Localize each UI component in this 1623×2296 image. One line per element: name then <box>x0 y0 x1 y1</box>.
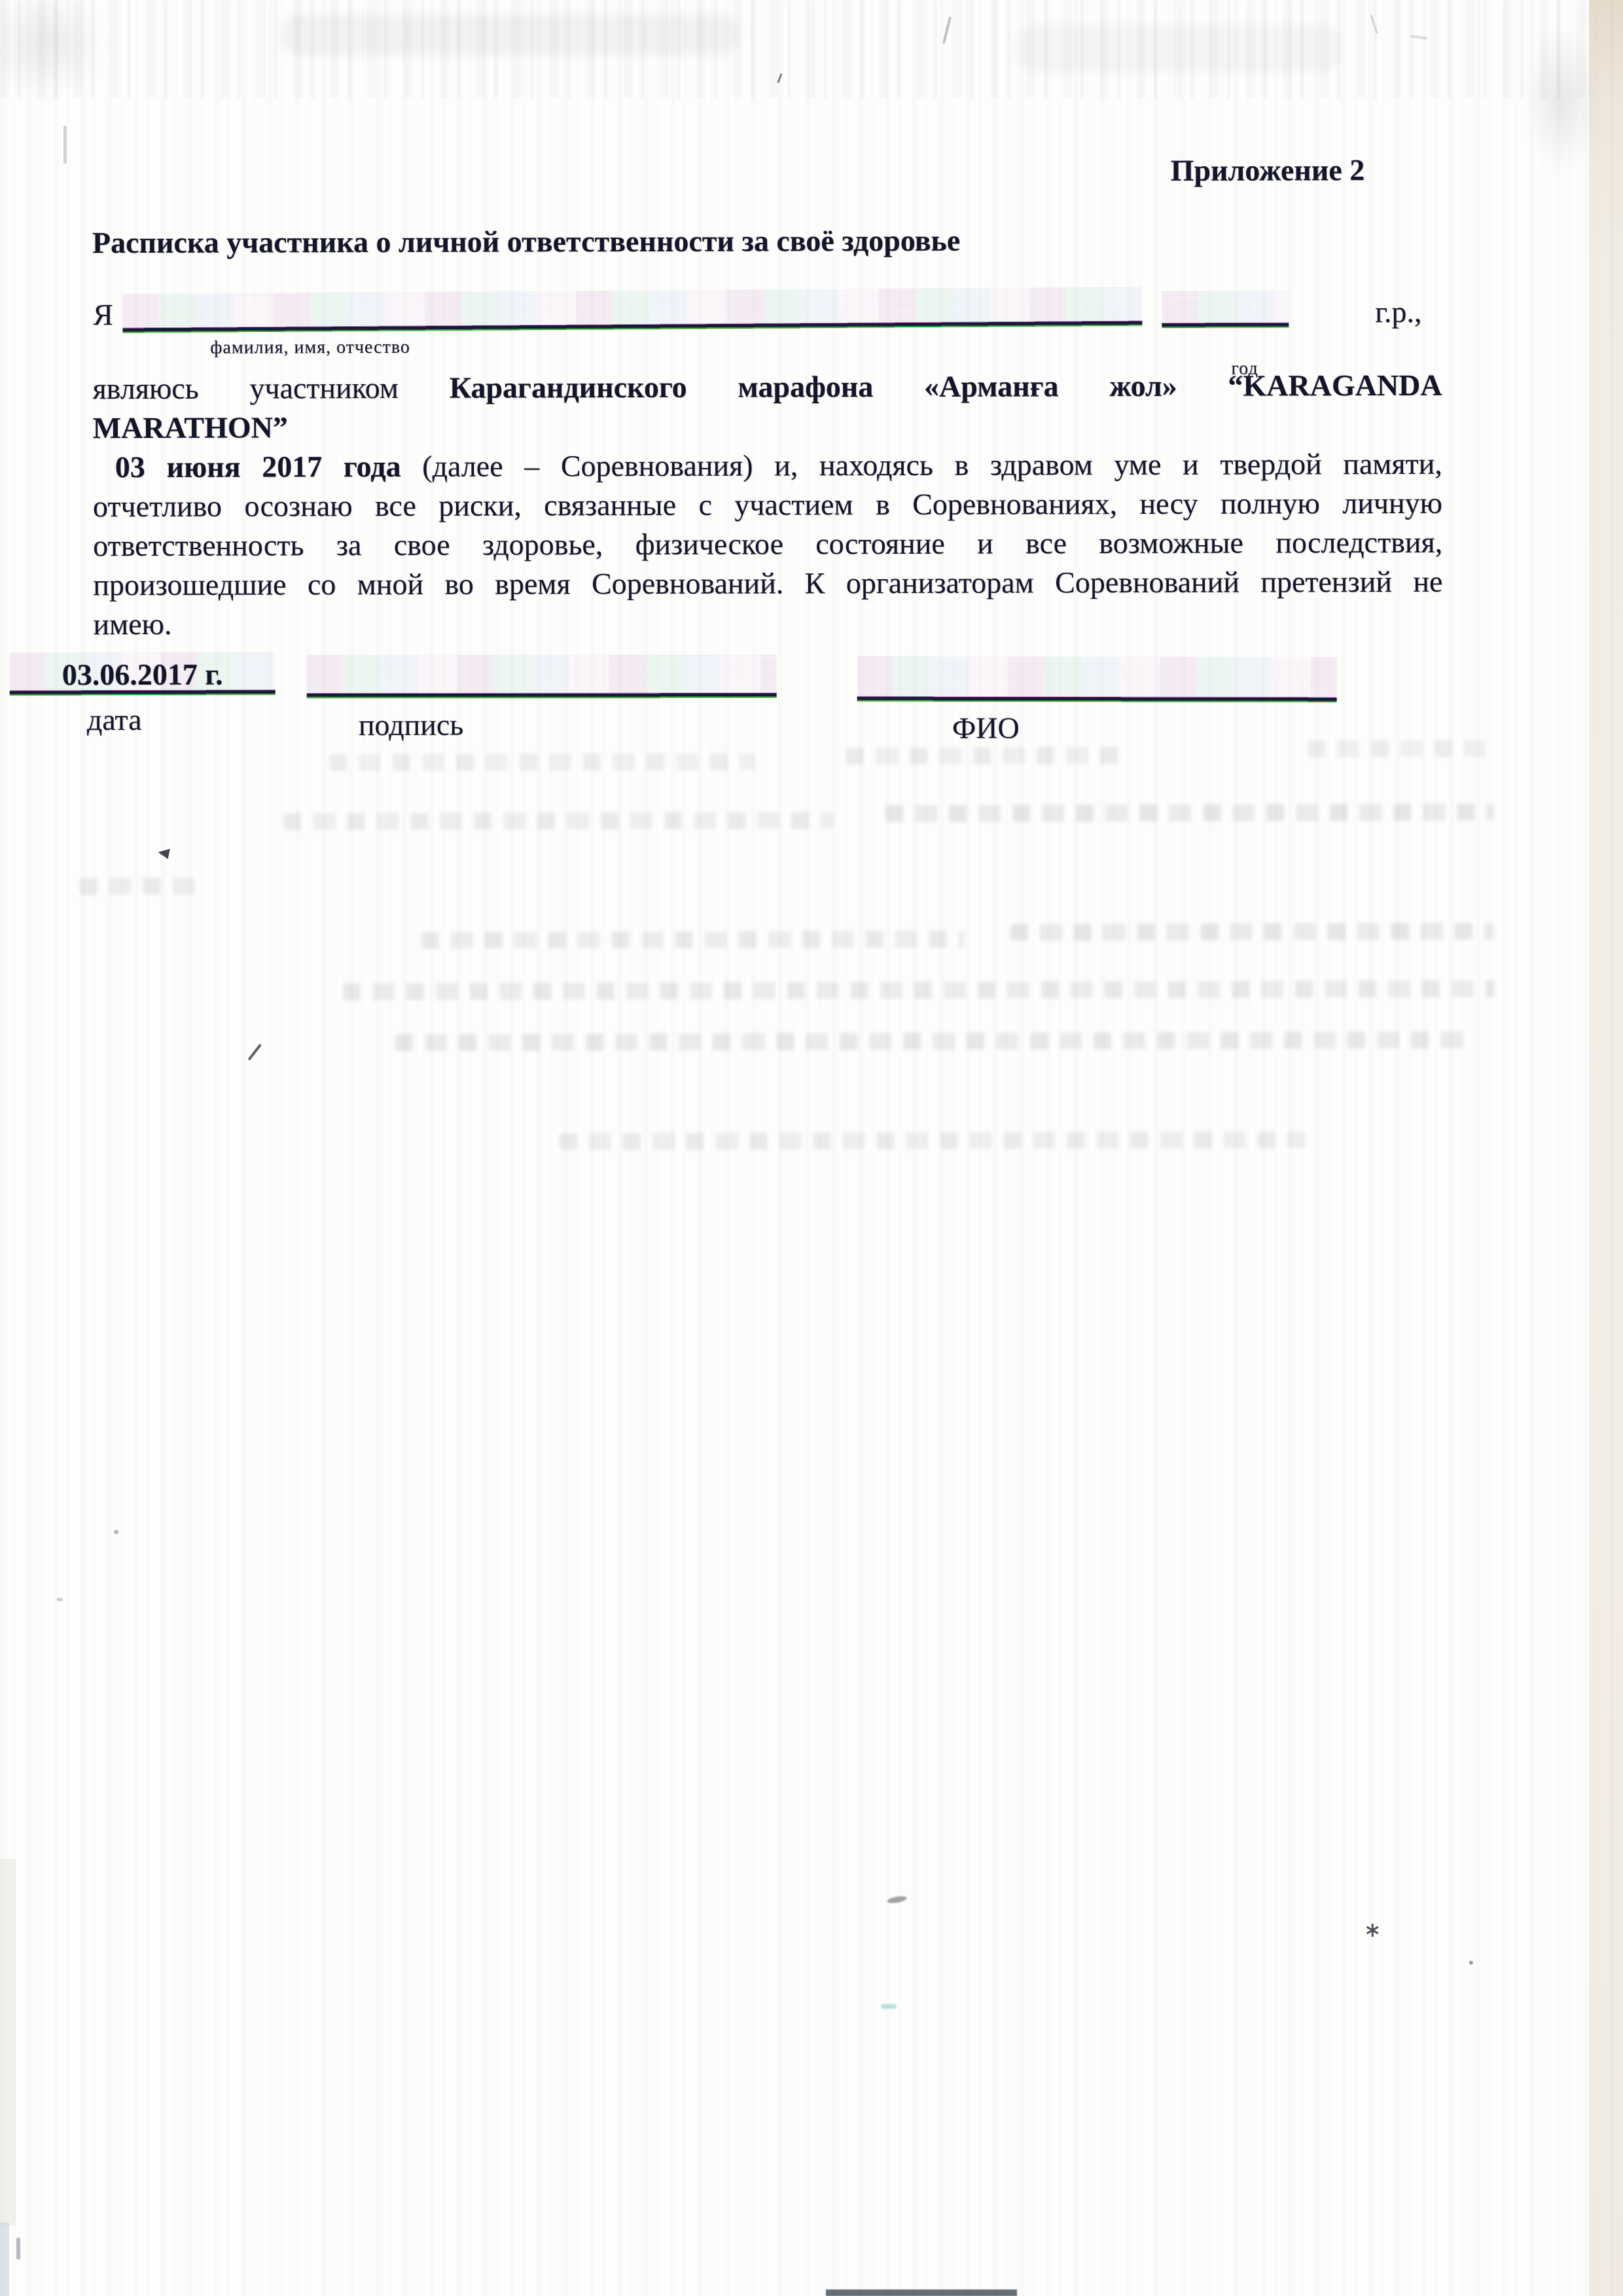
scan-mark <box>56 1598 63 1601</box>
birth-year-suffix: г.р., <box>1375 295 1421 329</box>
document-title: Расписка участника о личной ответственно… <box>92 223 960 260</box>
bleed-through-artifact <box>1010 923 1495 941</box>
bleed-through-artifact <box>846 747 1128 764</box>
body-paragraph: являюсь участником Карагандинского мараф… <box>92 366 1442 644</box>
bleed-through-artifact <box>421 931 965 949</box>
body-text-bold: Карагандинского марафона «Арманға жол» <box>450 369 1177 404</box>
signature-blank-field <box>307 655 777 699</box>
birth-year-blank-field <box>1162 291 1289 329</box>
body-line: отчетливо осознаю все риски, связанные с… <box>93 484 1442 526</box>
signature-field-caption: подпись <box>359 708 463 742</box>
scan-mark <box>247 1043 262 1060</box>
bleed-through-artifact <box>885 804 1494 822</box>
pronoun-text: Я <box>93 297 113 332</box>
scan-mark <box>16 2238 20 2260</box>
scan-mark <box>1469 1961 1473 1965</box>
fio-blank-field <box>857 656 1337 703</box>
body-line: имею. <box>93 601 1442 644</box>
body-line: ответственность за свое здоровье, физиче… <box>93 523 1442 565</box>
scan-mark <box>887 1895 907 1904</box>
body-line: произошедшие со мной во время Соревнован… <box>93 562 1442 605</box>
date-field: 03.06.2017 г. <box>10 652 276 696</box>
body-line: 03 июня 2017 года (далее – Соревнования)… <box>93 444 1442 487</box>
body-text: являюсь участником <box>92 371 399 405</box>
bleed-through-artifact <box>343 980 1495 1001</box>
fio-field-caption: ФИО <box>952 710 1020 745</box>
scan-mark-asterisk <box>1364 1922 1381 1939</box>
body-text-bold: 03 июня 2017 года <box>115 450 401 484</box>
bleed-through-artifact <box>395 1031 1472 1051</box>
bleed-through-artifact <box>283 812 833 830</box>
scan-mark <box>114 1530 118 1534</box>
bleed-through-artifact <box>80 878 201 895</box>
body-text-bold: “KARAGANDA <box>1228 368 1442 403</box>
appendix-label: Приложение 2 <box>1171 152 1365 188</box>
bleed-through-artifact <box>560 1131 1306 1150</box>
full-name-field-caption: фамилия, имя, отчество <box>210 337 410 359</box>
scan-mark <box>157 846 170 859</box>
scan-mark <box>881 2004 897 2009</box>
scanned-document-page: Приложение 2 Расписка участника о личной… <box>0 0 1623 2296</box>
full-name-blank-field <box>122 287 1142 334</box>
body-text: (далее – Соревнования) и, находясь в здр… <box>422 447 1442 483</box>
date-field-caption: дата <box>87 702 142 737</box>
bleed-through-artifact <box>329 753 755 772</box>
bleed-through-artifact <box>1308 740 1494 758</box>
body-line: MARATHON” <box>93 405 1442 448</box>
body-line: являюсь участником Карагандинского мараф… <box>92 366 1442 408</box>
